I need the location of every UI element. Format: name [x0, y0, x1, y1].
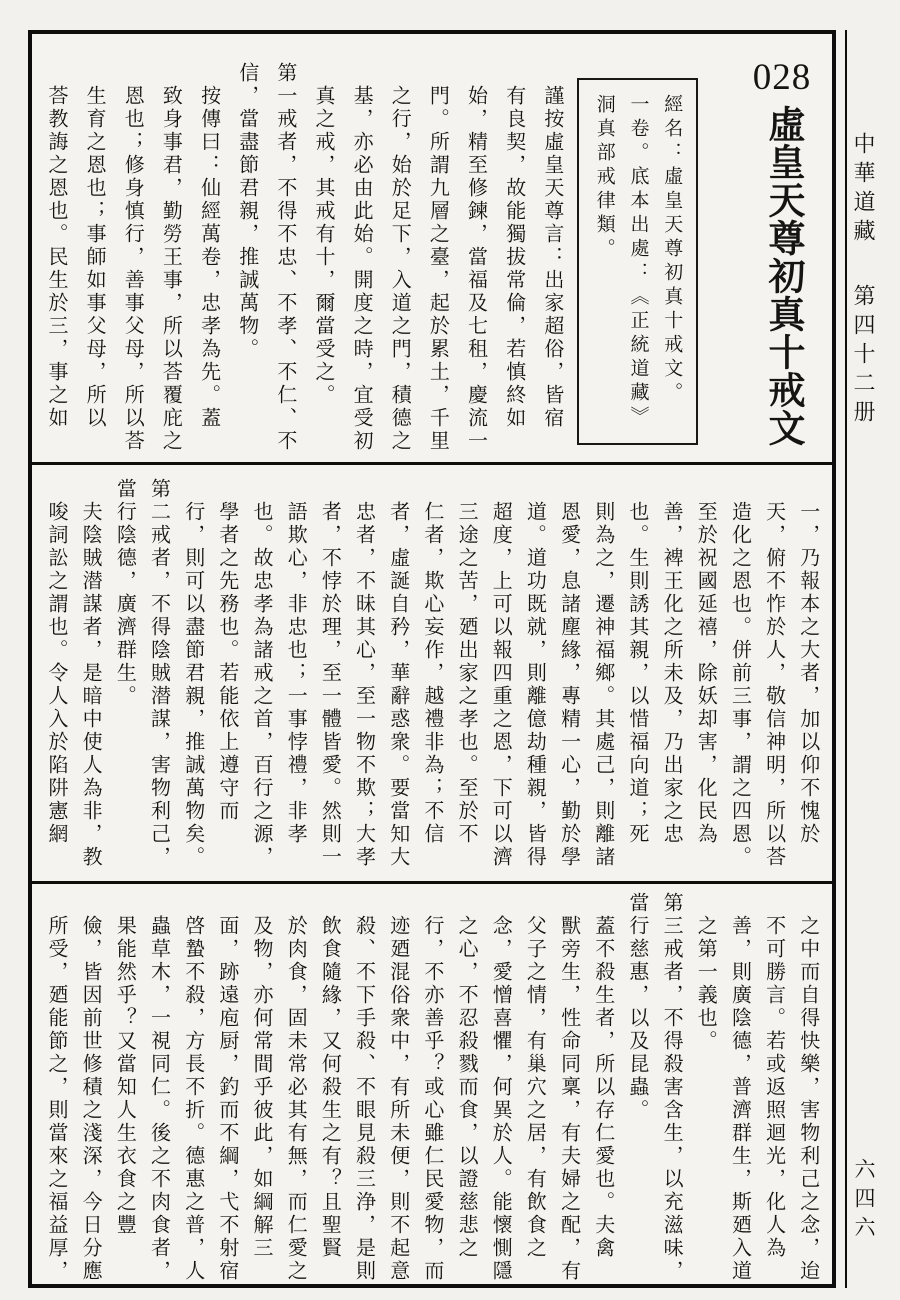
text-column: 於肉食，固未常必其有無，而仁愛之 [283, 892, 307, 1283]
text-column: 始，精至修鍊，當福及七租，慶流一 [464, 62, 488, 453]
text-column: 真之戒，其戒有十，爾當受之。 [311, 62, 335, 407]
text-column: 有良契，故能獨拔常倫，若慎終如 [502, 62, 526, 430]
margin-series-label: 中華道藏第四十二册 [849, 132, 877, 429]
text-column: 致身事君，勤勞王事，所以荅覆庇之 [158, 62, 182, 453]
text-column: 超度，上可以報四重之恩，下可以濟 [488, 478, 512, 869]
text-column: 果能然乎？又當知人生衣食之豐 [112, 892, 136, 1237]
colophon-box: 經名：虛皇天尊初真十戒文。 一卷。底本出處：《正統道藏》 洞真部戒律類。 [577, 78, 698, 445]
text-column: 忠者，不昧其心，至一物不欺；大孝 [352, 478, 376, 869]
text-column: 儉，皆因前世修積之淺深，今日分應 [78, 892, 102, 1283]
text-column: 之心，不忍殺戮而食，以證慈悲之 [454, 892, 478, 1260]
text-column: 荅教誨之恩也。民生於三，事之如 [44, 62, 68, 430]
colophon-line: 經名：虛皇天尊初真十戒文。 [656, 94, 686, 429]
text-column: 當行慈惠，以及昆蟲。 [625, 892, 649, 1122]
text-column: 行，不亦善乎？或心雖仁民愛物，而 [420, 892, 444, 1283]
text-column: 念，愛憎喜懼，何異於人。能懷惻隱 [488, 892, 512, 1283]
text-column: 語欺心，非忠也；一事悖禮，非孝 [283, 478, 307, 846]
text-column: 之中而自得快樂，害物利己之念，迨 [796, 892, 820, 1283]
text-column: 及物，亦何常間乎彼此，如綱解三 [249, 892, 273, 1260]
section-middle: 一，乃報本之大者，加以仰不愧於 天，俯不怍於人，敬信神明，所以荅 造化之恩也。併… [32, 465, 832, 884]
section-top: 028 虛皇天尊初真十戒文 經名：虛皇天尊初真十戒文。 一卷。底本出處：《正統道… [32, 34, 832, 465]
colophon-line: 一卷。底本出處：《正統道藏》 [623, 94, 653, 429]
text-column: 仁者，欺心妄作，越禮非為；不信 [420, 478, 444, 846]
text-column: 夫陰賊潜謀者，是暗中使人為非，教 [78, 478, 102, 869]
text-columns-top: 謹按虛皇天尊言：出家超俗，皆宿 有良契，故能獨拔常倫，若慎終如 始，精至修鍊，當… [44, 62, 564, 458]
text-column: 啓蟄不殺，方長不折。德惠之普，人 [181, 892, 205, 1283]
text-column: 門。所謂九層之臺，起於累土，千里 [425, 62, 449, 453]
text-column: 父子之情，有巢穴之居，有飲食之 [522, 892, 546, 1260]
document-title: 虛皇天尊初真十戒文 [752, 105, 812, 447]
text-column: 唆詞訟之謂也。令人入於陷阱憲網 [44, 478, 68, 846]
volume-name: 第四十二册 [851, 284, 876, 429]
text-columns-middle: 一，乃報本之大者，加以仰不愧於 天，俯不怍於人，敬信神明，所以荅 造化之恩也。併… [44, 478, 820, 878]
text-column: 當行陰德，廣濟群生。 [112, 478, 136, 708]
text-column: 者，虛誕自矜，華辭惑衆。要當知大 [386, 478, 410, 869]
text-column: 善，則廣陰德，普濟群生，斯廼入道 [727, 892, 751, 1283]
text-column: 之行，始於足下，入道之門，積德之 [387, 62, 411, 453]
text-column: 迹廼混俗衆中，有所未便，則不起意 [386, 892, 410, 1283]
text-column: 恩愛，息諸塵緣，專精一心，勤於學 [557, 478, 581, 869]
text-column: 善，裨王化之所未及，乃出家之忠 [659, 478, 683, 846]
text-column: 飲食隨緣，又何殺生之有？且聖賢 [317, 892, 341, 1260]
text-column: 生育之恩也；事師如事父母，所以 [82, 62, 106, 430]
text-column: 則為之，遷神福鄉。其處己，則離諸 [591, 478, 615, 869]
text-column: 也。生則誘其親，以惜福向道；死 [625, 478, 649, 846]
text-column: 天，俯不怍於人，敬信神明，所以荅 [762, 478, 786, 869]
text-column: 謹按虛皇天尊言：出家超俗，皆宿 [540, 62, 564, 430]
text-column: 面，跡遠庖厨，釣而不綱，弋不射宿， [215, 892, 239, 1284]
text-column: 之第一義也。 [693, 892, 717, 1053]
text-column: 學者之先務也。若能依上遵守而 [215, 478, 239, 823]
text-column: 殺、不下手殺、不眼見殺三浄，是則 [352, 892, 376, 1283]
text-column: 第二戒者，不得陰賊潜謀，害物利己， [147, 478, 171, 869]
document-number: 028 [734, 56, 830, 99]
text-column: 信，當盡節君親，推誠萬物。 [235, 62, 259, 361]
text-column: 行，則可以盡節君親，推誠萬物矣。 [181, 478, 205, 869]
text-columns-bottom: 之中而自得快樂，害物利己之念，迨 不可勝言。若或返照迴光，化人為 善，則廣陰德，… [44, 892, 820, 1282]
text-column: 恩也；修身慎行，善事父母，所以荅 [120, 62, 144, 453]
text-column: 一，乃報本之大者，加以仰不愧於 [796, 478, 820, 846]
folio-number: 六四六 [850, 1158, 878, 1245]
text-column: 至於祝國延禧，除妖却害，化民為 [693, 478, 717, 846]
text-column: 三途之苦，廼出家之孝也。至於不 [454, 478, 478, 846]
text-column: 所受，廼能節之，則當來之福益厚， [44, 892, 68, 1283]
text-column: 造化之恩也。併前三事，謂之四恩。 [727, 478, 751, 869]
text-column: 第一戒者，不得不忠、不孝、不仁、不 [273, 62, 297, 453]
colophon-line: 洞真部戒律類。 [589, 94, 619, 429]
outer-rule [845, 30, 847, 1288]
text-column: 不可勝言。若或返照迴光，化人為 [762, 892, 786, 1260]
text-column: 道。道功既就，則離億劫種親，皆得 [522, 478, 546, 869]
page-frame: 028 虛皇天尊初真十戒文 經名：虛皇天尊初真十戒文。 一卷。底本出處：《正統道… [28, 30, 836, 1288]
text-column: 獸旁生，性命同稟，有夫婦之配，有 [557, 892, 581, 1283]
text-column: 者，不悖於理，至一體皆愛。然則一 [317, 478, 341, 869]
text-column: 按傳曰：仙經萬卷，忠孝為先。蓋 [197, 62, 221, 430]
document-header: 028 虛皇天尊初真十戒文 [734, 56, 830, 447]
section-bottom: 之中而自得快樂，害物利己之念，迨 不可勝言。若或返照迴光，化人為 善，則廣陰德，… [32, 884, 832, 1284]
text-column: 也。故忠孝為諸戒之首，百行之源， [249, 478, 273, 869]
text-column: 蓋不殺生者，所以存仁愛也。夫禽 [591, 892, 615, 1260]
text-column: 第三戒者，不得殺害含生，以充滋味， [659, 892, 683, 1283]
text-column: 基，亦必由此始。開度之時，宜受初 [349, 62, 373, 453]
series-name: 中華道藏 [851, 132, 876, 248]
text-column: 蟲草木，一視同仁。後之不肉食者， [147, 892, 171, 1283]
